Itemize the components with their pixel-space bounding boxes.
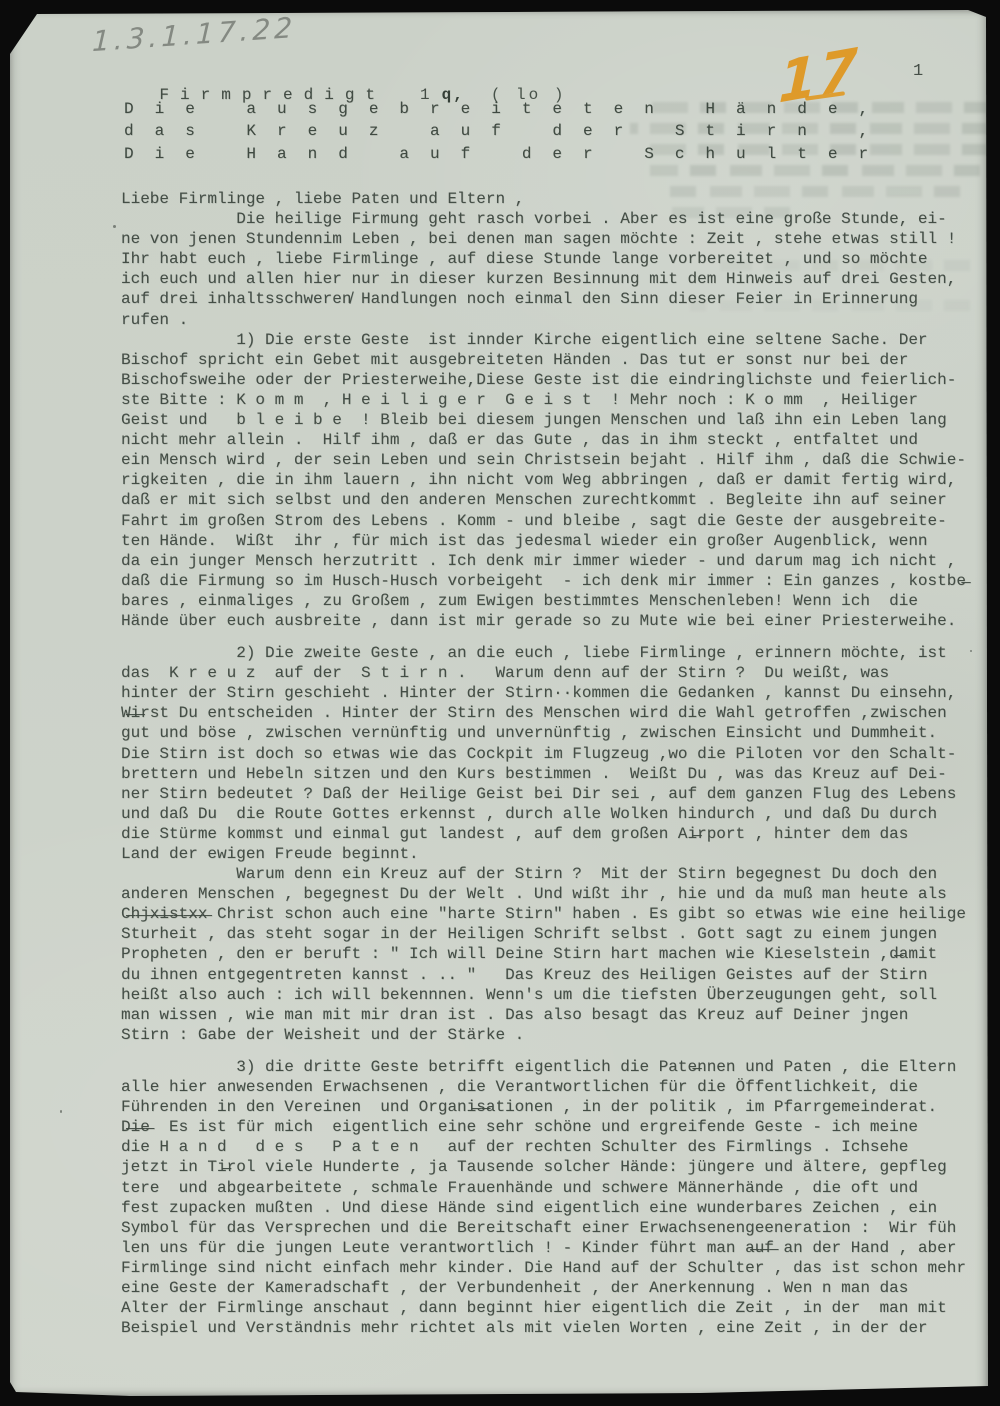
paragraph-intro-first-gesture: Liebe Firmlinge , liebe Paten und Eltern… — [121, 189, 988, 631]
sermon-body: Liebe Firmlinge , liebe Paten und Eltern… — [121, 189, 988, 1350]
bleedthrough-line — [650, 165, 980, 176]
paragraph-second-gesture: 2) Die zweite Geste , an die euch , lieb… — [121, 643, 988, 1045]
pencil-file-number: 1.3.1.17.22 — [92, 11, 297, 58]
scan-speck — [60, 1110, 62, 1113]
sermon-title-block: Die ausgebreiteten Hände, das Kreuz auf … — [124, 98, 889, 165]
scan-speck — [970, 650, 972, 652]
scanner-background: { "annotations": { "pencil": "1.3.1.17.2… — [0, 0, 1000, 1406]
paragraph-third-gesture: 3) die dritte Geste betrifft eigentlich … — [121, 1057, 988, 1338]
page-number: 1 — [913, 62, 923, 81]
sermon-title-line: Die Hand auf der Schulter — [124, 143, 889, 165]
sermon-title-line: das Kreuz auf der Stirn , — [124, 120, 889, 142]
paper-page: 1.3.1.17.22 Firmpredigt1q,( lo ) 17 1 Di… — [10, 10, 988, 1396]
sermon-title-line: Die ausgebreiteten Hände, — [124, 98, 889, 120]
scan-speck — [113, 225, 116, 228]
